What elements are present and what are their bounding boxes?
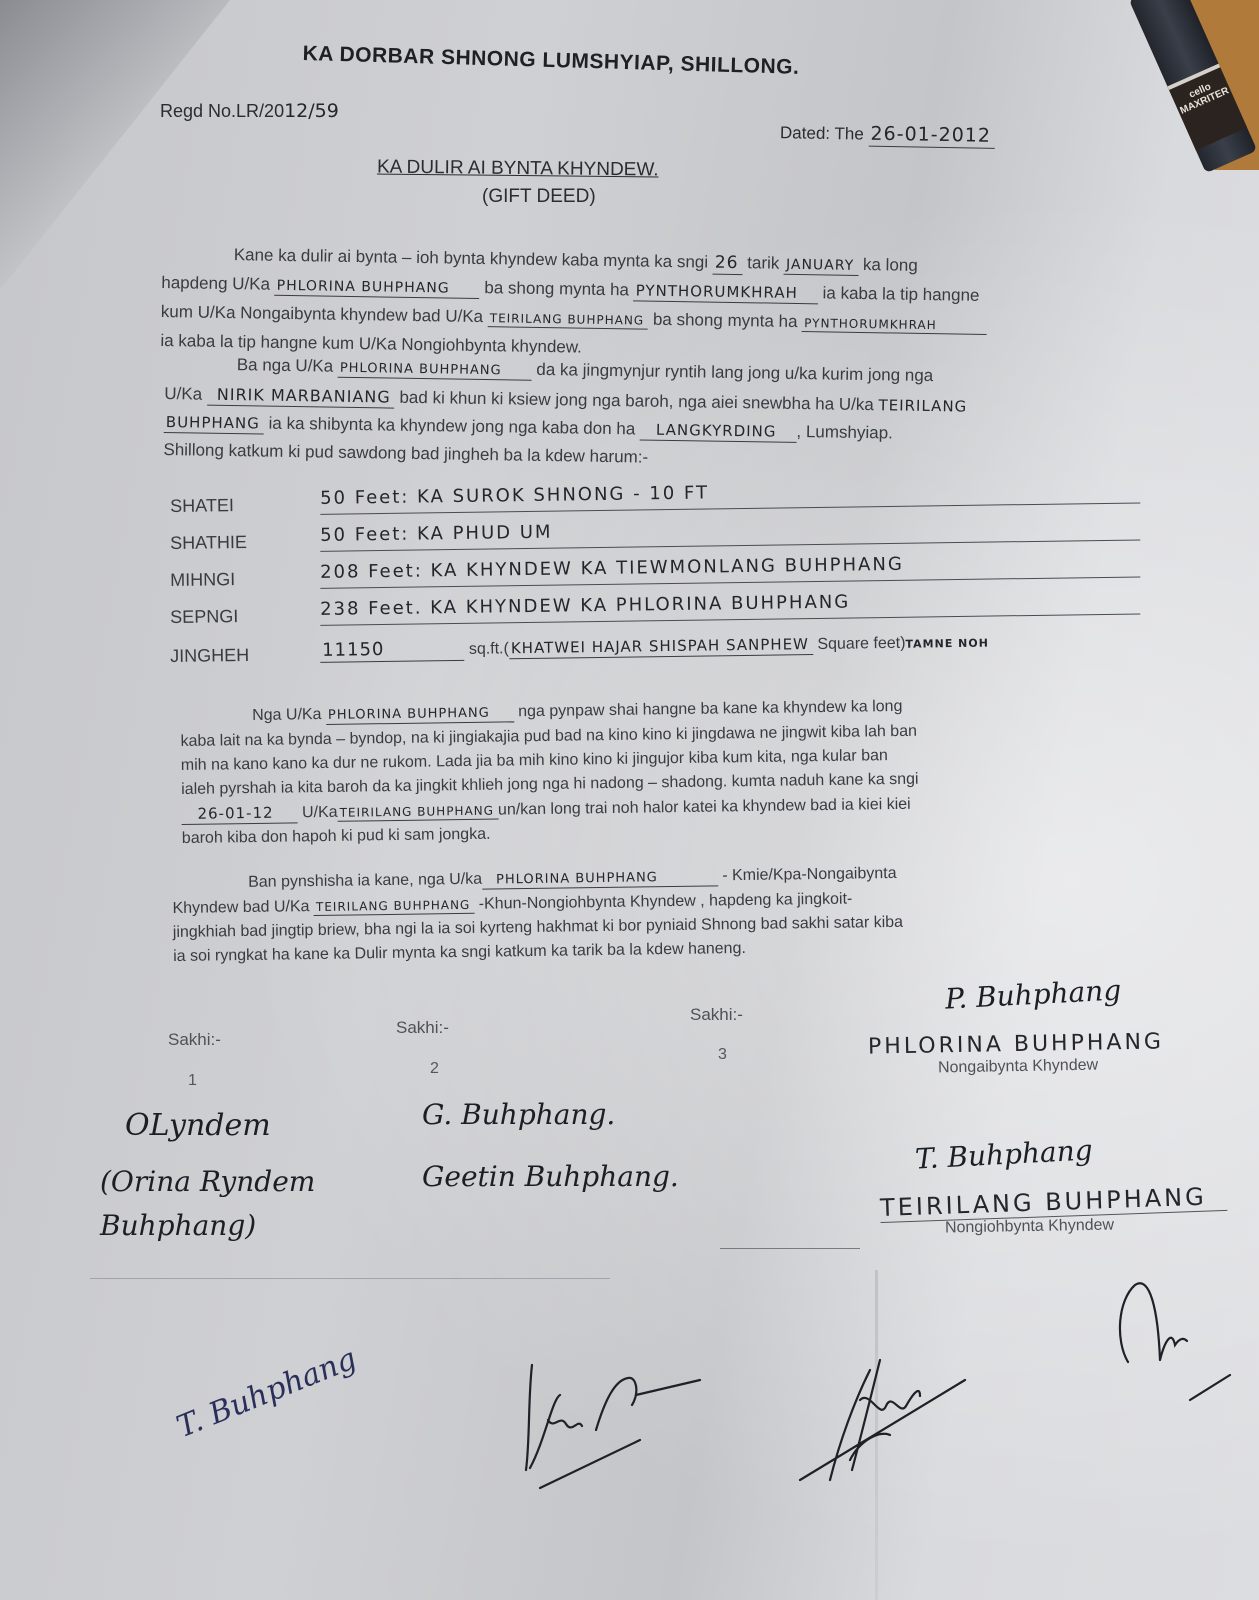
bottom-signature-4: [1120, 1283, 1230, 1400]
bottom-signature-2: [526, 1365, 700, 1488]
gift-deed-document: KA DORBAR SHNONG LUMSHYIAP, SHILLONG. Re…: [0, 0, 1259, 1600]
signature-strokes: [0, 0, 1259, 1600]
bottom-signature-3: [800, 1360, 965, 1480]
